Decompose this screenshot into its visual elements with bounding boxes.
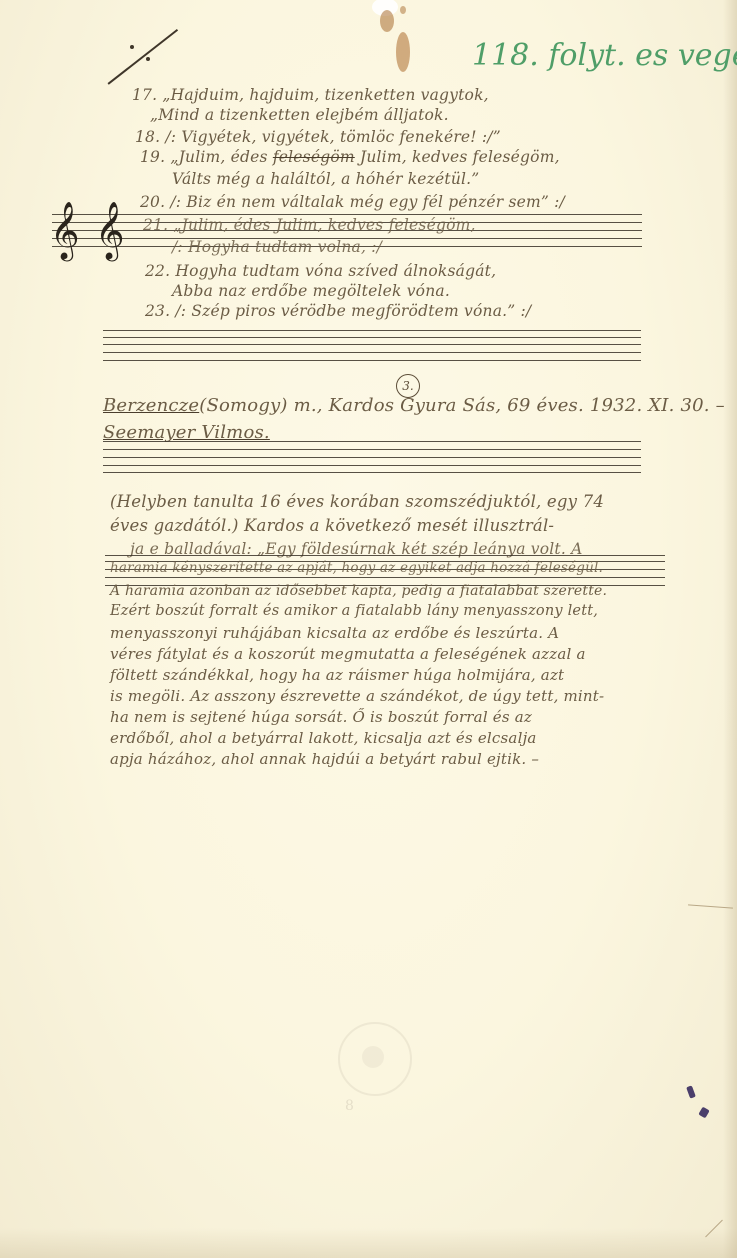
verse-20-line-1: 20. /: Biz én nem váltalak még egy fél p… <box>140 193 565 211</box>
verse-19-line-2: Válts még a haláltól, a hóhér kezétül.” <box>172 170 479 188</box>
verse-19-end: Julim, kedves feleségöm, <box>360 148 560 166</box>
verse-21-line-2: /: Hogyha tudtam volna, :/ <box>172 238 382 256</box>
note-line-7: menyasszonyi ruhájában kicsalta az erdőb… <box>110 624 559 642</box>
library-stamp <box>338 1022 412 1096</box>
collector-name: Seemayer Vilmos. <box>103 422 270 443</box>
page-mark-slash <box>108 29 178 84</box>
page-mark-dot-1 <box>130 45 134 49</box>
stain-top-brown-2 <box>396 32 410 72</box>
verse-19-start: 19. „Julim, édes <box>140 148 268 166</box>
record-collector: Seemayer Vilmos. <box>103 422 270 443</box>
note-line-11: ha nem is sejtené húga sorsát. Ő is bosz… <box>110 708 532 726</box>
treble-clef-icon: 𝄞 <box>95 205 125 255</box>
note-line-12: erdőből, ahol a betyárral lakott, kicsal… <box>110 729 537 747</box>
violet-ink-mark <box>686 1085 696 1098</box>
verse-22-line-1: 22. Hogyha tudtam vóna szíved álnokságát… <box>145 262 496 280</box>
record-county: (Somogy) m., <box>199 395 322 416</box>
verse-22-line-2: Abba naz erdőbe megöltelek vóna. <box>172 282 450 300</box>
note-line-8: véres fátylat és a koszorút megmutatta a… <box>110 645 586 663</box>
music-staff-3 <box>103 441 641 473</box>
music-staff-2 <box>103 330 641 362</box>
note-line-4: haramia kényszerítette az apját, hogy az… <box>110 560 603 576</box>
green-pencil-annotation: 118. folyt. es vege. <box>472 38 737 73</box>
note-line-1: (Helyben tanulta 16 éves korában szomszé… <box>110 492 604 511</box>
treble-clef-icon: 𝄞 <box>50 205 80 255</box>
stain-top-small <box>400 6 406 14</box>
page-mark-dot-2 <box>146 57 150 61</box>
manuscript-page: 118. folyt. es vege. 17. „Hajduim, hajdu… <box>0 0 737 1258</box>
note-line-6: Ezért boszút forralt és amikor a fiatala… <box>110 603 598 619</box>
note-line-13: apja házához, ahol annak hajdúi a betyár… <box>110 750 539 768</box>
stamp-number: 8 <box>345 1098 354 1114</box>
verse-17-line-2: „Mind a tizenketten elejbém álljatok. <box>150 106 449 124</box>
verse-21-line-1: 21. „Julim, édes Julim, kedves feleségöm… <box>143 216 476 234</box>
violet-ink-mark <box>698 1107 709 1119</box>
paper-edge-shadow <box>723 0 737 1258</box>
record-line-1: Berzencze(Somogy) m., Kardos Gyura Sás, … <box>103 395 725 416</box>
verse-17-line-1: 17. „Hajduim, hajduim, tizenketten vagyt… <box>132 86 489 104</box>
note-line-10: is megöli. Az asszony észrevette a szánd… <box>110 687 604 705</box>
note-line-5: A haramia azonban az idősebbet kapta, pe… <box>110 583 607 599</box>
record-place: Berzencze <box>103 395 199 416</box>
verse-19-struck-word: feleségöm <box>273 148 355 166</box>
green-annotation-text: 118. folyt. es vege. <box>472 38 737 73</box>
record-singer-date: Kardos Gyura Sás, 69 éves. 1932. XI. 30.… <box>329 395 725 416</box>
verse-23-line-1: 23. /: Szép piros vérödbe megförödtem vó… <box>145 302 531 320</box>
stain-top-brown <box>380 10 394 32</box>
verse-19-line-1: 19. „Julim, édes feleségöm Julim, kedves… <box>140 148 560 166</box>
stamp-emblem <box>362 1046 384 1068</box>
paper-bottom-shadow <box>0 1228 737 1258</box>
verse-18-line-1: 18. /: Vigyétek, vigyétek, tömlöc feneké… <box>135 128 501 146</box>
note-line-2: éves gazdától.) Kardos a következő mesét… <box>110 516 554 535</box>
note-line-9: föltett szándékkal, hogy ha az ráismer h… <box>110 666 564 684</box>
